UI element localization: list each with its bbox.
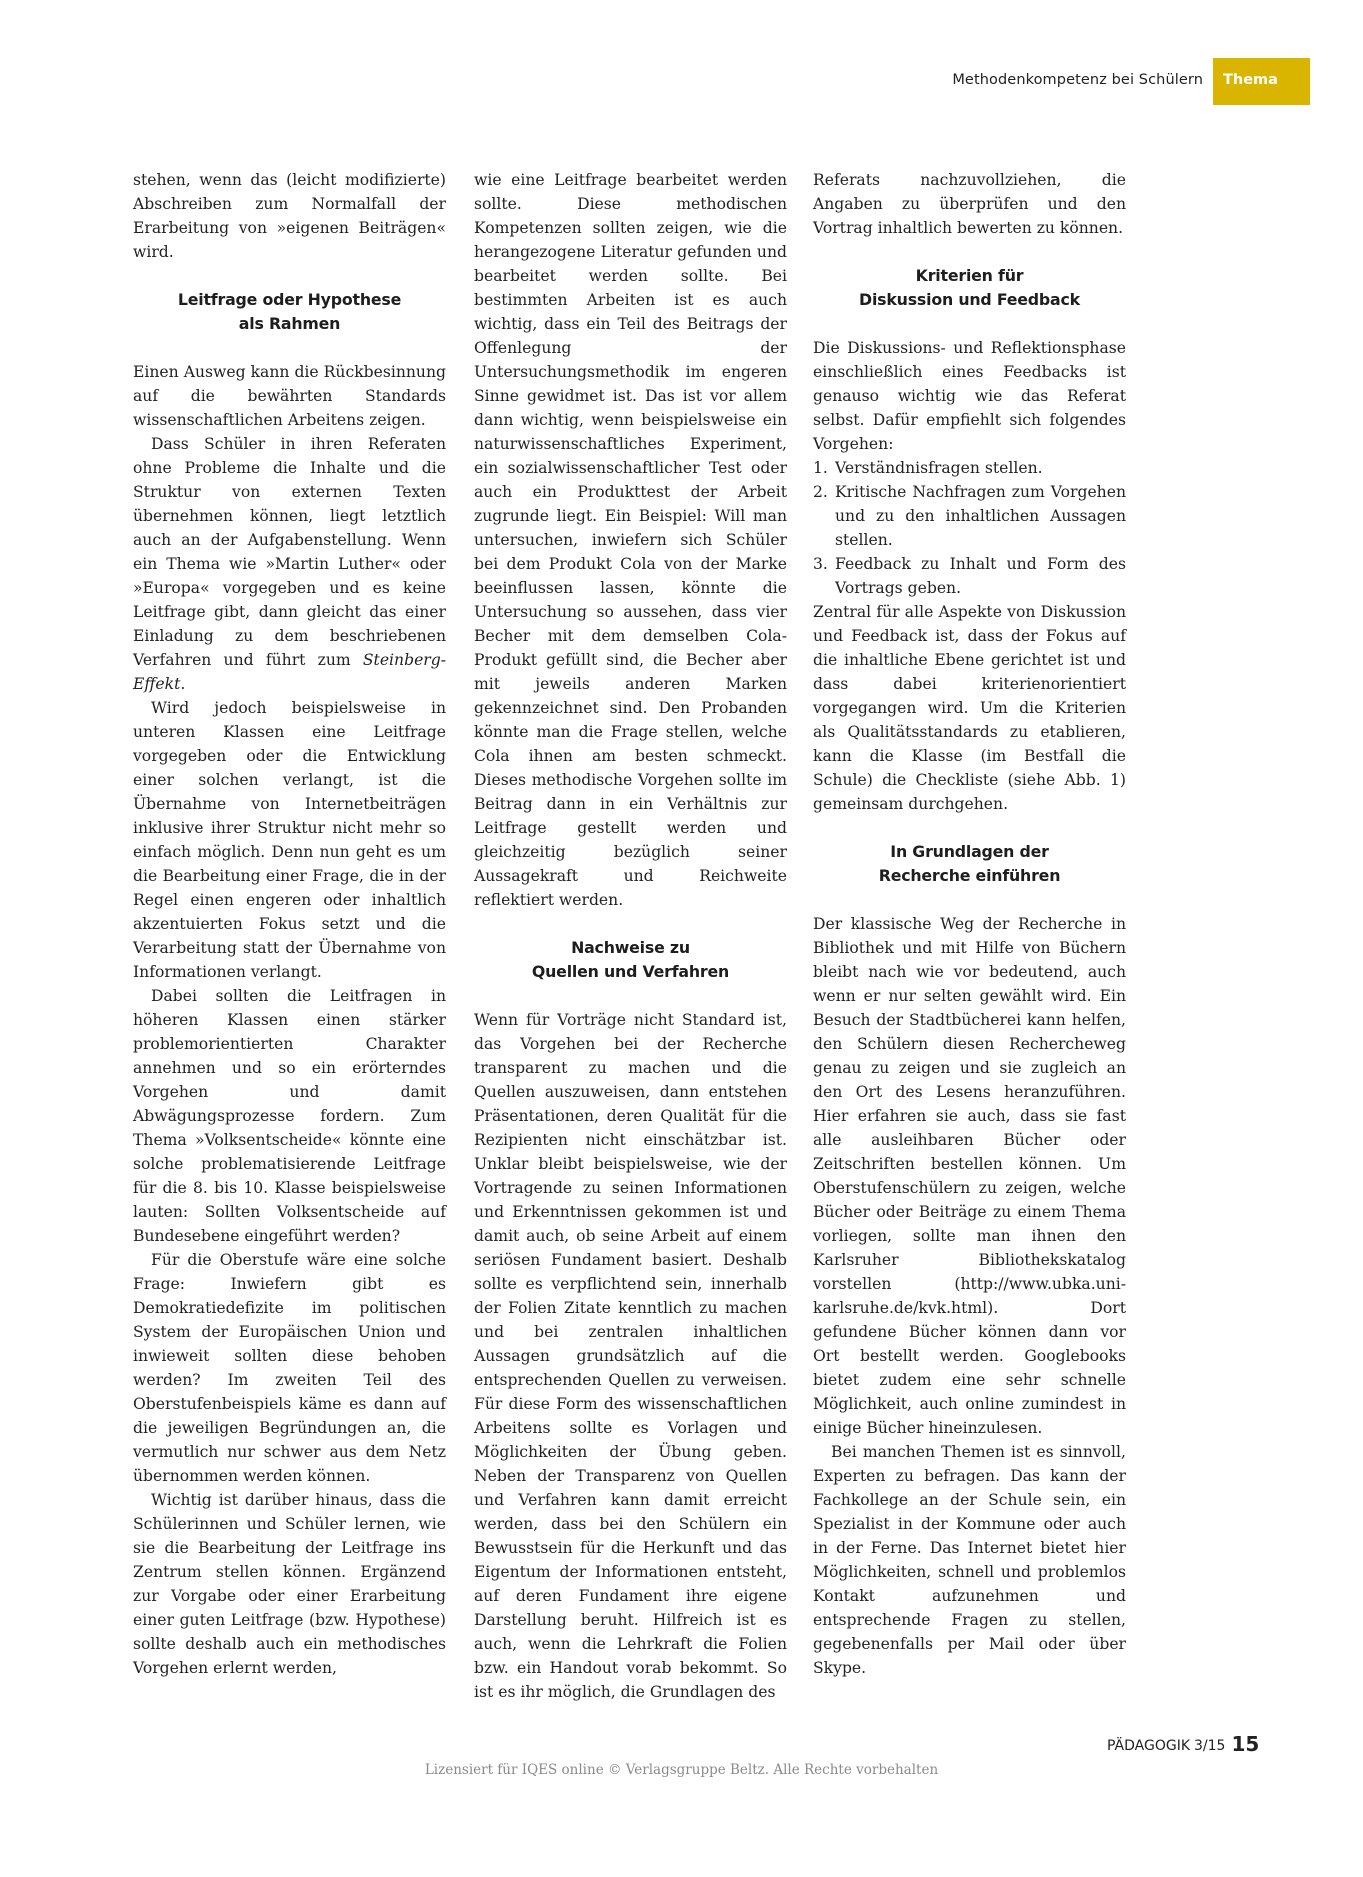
document-page: Methodenkompetenz bei Schülern Thema ste…: [0, 0, 1363, 1877]
text-column-1: stehen, wenn das (leicht modifizierte) A…: [133, 168, 446, 1680]
section-heading-recherche: In Grundlagen der Recherche einführen: [813, 840, 1126, 888]
heading-line: Nachweise zu: [474, 936, 787, 960]
section-heading-leitfrage: Leitfrage oder Hypothese als Rahmen: [133, 288, 446, 336]
paragraph: Zentral für alle Aspekte von Diskussion …: [813, 600, 1126, 816]
heading-line: Leitfrage oder Hypothese: [133, 288, 446, 312]
heading-line: In Grundlagen der: [813, 840, 1126, 864]
list-text: Feedback zu Inhalt und Form des Vortrags…: [835, 555, 1126, 597]
paragraph: Dass Schüler in ihren Referaten ohne Pro…: [133, 432, 446, 696]
section-badge: Thema: [1213, 58, 1310, 105]
list-number: 2.: [813, 480, 828, 504]
page-number: 15: [1231, 1732, 1259, 1756]
paragraph: Der klassische Weg der Recherche in Bibl…: [813, 912, 1126, 1440]
heading-line: Recherche einführen: [813, 864, 1126, 888]
paragraph: Referats nachzuvollziehen, die Angaben z…: [813, 168, 1126, 240]
list-number: 1.: [813, 456, 828, 480]
list-item: 3.Feedback zu Inhalt und Form des Vortra…: [813, 552, 1126, 600]
issue-number: 3/15: [1194, 1738, 1225, 1754]
paragraph: Wichtig ist darüber hinaus, dass die Sch…: [133, 1488, 446, 1680]
paragraph: wie eine Leitfrage bearbeitet werden sol…: [474, 168, 787, 912]
license-notice: Lizensiert für IQES online © Verlagsgrup…: [0, 1762, 1363, 1778]
list-item: 2.Kritische Nachfragen zum Vorgehen und …: [813, 480, 1126, 552]
paragraph: Die Diskussions- und Reflektionsphase ei…: [813, 336, 1126, 456]
magazine-name: PÄDAGOGIK: [1107, 1738, 1190, 1754]
list-text: Verständnisfragen stellen.: [835, 459, 1043, 477]
paragraph-text: .: [180, 675, 185, 693]
list-text: Kritische Nachfragen zum Vorgehen und zu…: [835, 483, 1126, 549]
heading-line: Diskussion und Feedback: [813, 288, 1126, 312]
paragraph: Wenn für Vorträge nicht Standard ist, da…: [474, 1008, 787, 1704]
paragraph: Wird jedoch beispielsweise in unteren Kl…: [133, 696, 446, 984]
paragraph: Einen Ausweg kann die Rückbesinnung auf …: [133, 360, 446, 432]
page-folio: PÄDAGOGIK3/1515: [1107, 1731, 1259, 1755]
running-title: Methodenkompetenz bei Schülern: [952, 72, 1203, 88]
section-heading-kriterien: Kriterien für Diskussion und Feedback: [813, 264, 1126, 312]
text-column-2: wie eine Leitfrage bearbeitet werden sol…: [474, 168, 787, 1704]
paragraph: Für die Oberstufe wäre eine solche Frage…: [133, 1248, 446, 1488]
paragraph: Bei manchen Themen ist es sinnvoll, Expe…: [813, 1440, 1126, 1680]
paragraph: Dabei sollten die Leitfragen in höheren …: [133, 984, 446, 1248]
heading-line: als Rahmen: [133, 312, 446, 336]
heading-line: Quellen und Verfahren: [474, 960, 787, 984]
text-column-3: Referats nachzuvollziehen, die Angaben z…: [813, 168, 1126, 1680]
paragraph: stehen, wenn das (leicht modifizierte) A…: [133, 168, 446, 264]
list-item: 1.Verständnisfragen stellen.: [813, 456, 1126, 480]
paragraph-text: Dass Schüler in ihren Referaten ohne Pro…: [133, 435, 446, 669]
heading-line: Kriterien für: [813, 264, 1126, 288]
list-number: 3.: [813, 552, 828, 576]
numbered-list: 1.Verständnisfragen stellen. 2.Kritische…: [813, 456, 1126, 600]
section-heading-nachweise: Nachweise zu Quellen und Verfahren: [474, 936, 787, 984]
